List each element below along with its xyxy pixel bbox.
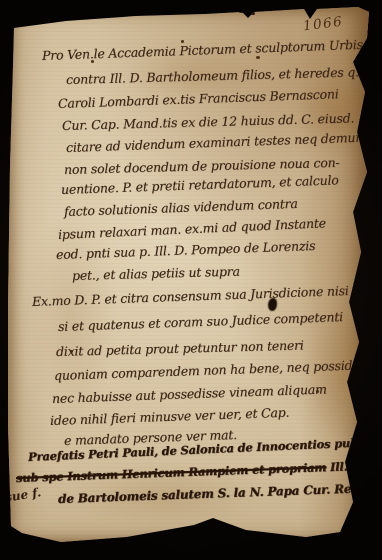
ink-speck — [238, 9, 244, 13]
margin-note: sue f. — [4, 485, 42, 504]
ink-speck — [256, 56, 260, 59]
bleedthrough-line: saum sagi — [0, 408, 8, 423]
bleedthrough-line: sam nos — [0, 291, 8, 306]
bleedthrough-line: anos emia — [0, 464, 8, 479]
manuscript-page: sama ant anap ang sada en manas sa satin… — [6, 6, 372, 548]
bleedthrough-line: sahupaha — [0, 202, 7, 217]
ink-speck — [251, 12, 255, 15]
manuscript-line: Cur. Cap. Mand.tis ex die 12 huius dd. C… — [62, 110, 355, 133]
bleedthrough-line: saus a sam — [0, 174, 8, 189]
bleedthrough-line: sama gnudas mana sua — [0, 126, 6, 145]
manuscript-line: citare ad videndum examinari testes neq … — [66, 129, 382, 155]
bleedthrough-line: en manas sa — [0, 114, 9, 129]
manuscript-line: contra Ill. D. Bartholomeum filios, et h… — [66, 64, 359, 87]
manuscript-line: nec habuisse aut possedisse vineam aliqu… — [52, 381, 327, 406]
bleedthrough-line: minua sf — [0, 486, 7, 501]
manuscript-photo: sama ant anap ang sada en manas sa satin… — [0, 0, 382, 560]
bleedthrough-line: anap ang sada — [0, 86, 7, 102]
paper-stain — [306, 306, 382, 446]
manuscript-line: ideo nihil fieri minusve ver uer, et Cap… — [50, 405, 290, 428]
manuscript-line: facto solutionis alias videndum contra — [64, 196, 298, 219]
bleedthrough-line: mas nuda gnes — [0, 434, 6, 452]
manuscript-line: eod. pnti sua p. Ill. D. Pompeo de Loren… — [56, 238, 316, 262]
struck-line-suffix: Ill.mis March. — [330, 457, 382, 474]
bleedthrough-line: sinia ninia — [0, 378, 7, 393]
manuscript-line: Caroli Lombardi ex.tis Franciscus Bernas… — [58, 86, 339, 111]
bleedthrough-line: singisaha — [0, 261, 7, 276]
bleedthrough-line: em gnis anis muda — [0, 254, 6, 273]
page-number: 1066 — [302, 14, 344, 35]
manuscript-line: quoniam comparendem non ha bene, neq pos… — [54, 357, 364, 383]
struck-text: sub spe Instrum Henricum Rampiem et prop… — [16, 460, 327, 485]
manuscript-line: Pro Ven.le Accademia Pictorum et sculpto… — [42, 36, 382, 63]
manuscript-line: de Bartolomeis salutem S. la N. Papa Cur… — [58, 481, 382, 506]
bleedthrough-line: gim gang sua — [0, 318, 7, 334]
bleedthrough-line: sama ant — [0, 56, 8, 71]
manuscript-line: si et quatenus et coram suo Judice compe… — [58, 309, 343, 334]
manuscript-line: Ex.mo D. P. et citra consensum sua Juris… — [32, 283, 349, 309]
bleedthrough-line: lanana is — [0, 348, 8, 363]
bleedthrough-line: sating gnug — [0, 144, 7, 159]
manuscript-line: uentione. P. et pretii retardatorum, et … — [61, 172, 339, 197]
manuscript-line: dixit ad petita prout petuntur non tener… — [56, 338, 304, 359]
bleedthrough-line: am sua ngis — [0, 232, 9, 247]
ink-speck — [350, 468, 354, 472]
manuscript-line: pet., et alias petiis ut supra — [72, 264, 240, 283]
bleedthrough-line: sim anua sadna — [0, 336, 6, 354]
bleedthrough-line: am na sam — [0, 438, 7, 453]
